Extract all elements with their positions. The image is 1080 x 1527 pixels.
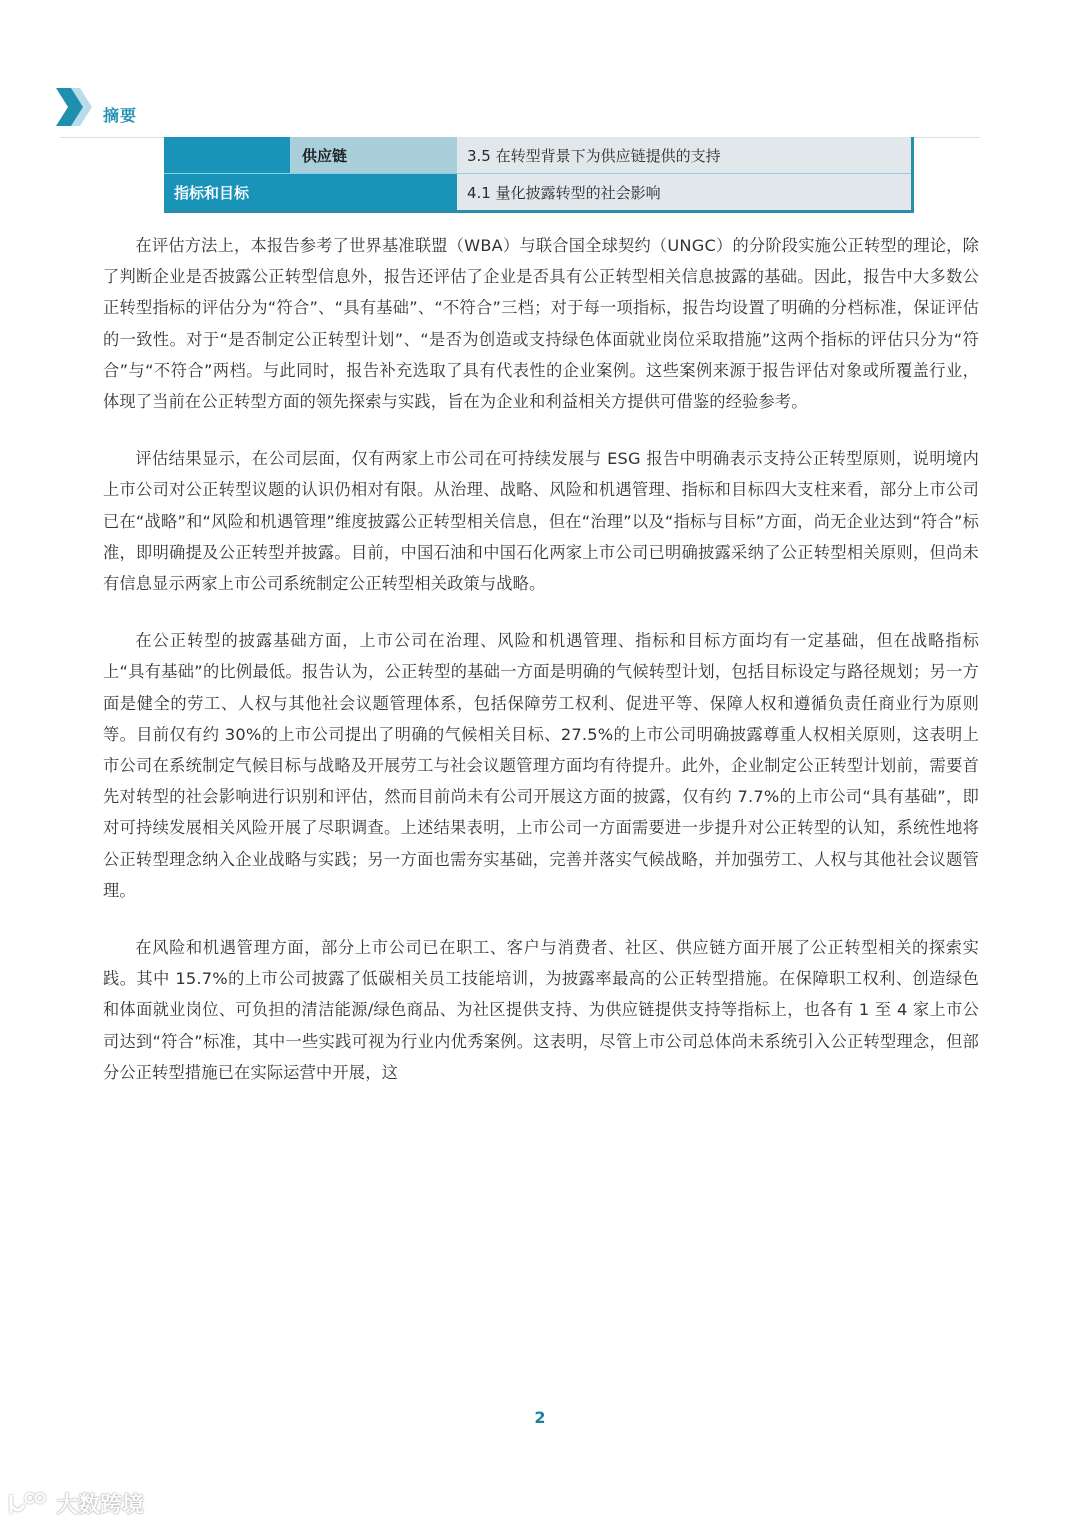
- table-cell-subcategory: 供应链: [290, 137, 457, 173]
- table-row: 指标和目标 4.1 量化披露转型的社会影响: [164, 173, 911, 210]
- watermark: 大数跨境: [8, 1488, 144, 1519]
- page-number: 2: [534, 1408, 545, 1427]
- framework-table: 供应链 3.5 在转型背景下为供应链提供的支持 指标和目标 4.1 量化披露转型…: [164, 137, 914, 213]
- table-cell-item: 3.5 在转型背景下为供应链提供的支持: [457, 137, 911, 173]
- watermark-text: 大数跨境: [56, 1488, 144, 1519]
- table-cell-item: 4.1 量化披露转型的社会影响: [457, 174, 911, 210]
- section-header: 摘要: [56, 88, 980, 128]
- section-title: 摘要: [103, 103, 137, 126]
- body-text: 在评估方法上，本报告参考了世界基准联盟（WBA）与联合国全球契约（UNGC）的分…: [103, 230, 979, 1114]
- chevron-right-icon: [56, 88, 92, 126]
- table-cell-pillar: [164, 137, 290, 173]
- paragraph-risk-management: 在风险和机遇管理方面，部分上市公司已在职工、客户与消费者、社区、供应链方面开展了…: [103, 932, 979, 1088]
- table-cell-pillar: 指标和目标: [164, 174, 457, 210]
- paragraph-results: 评估结果显示，在公司层面，仅有两家上市公司在可持续发展与 ESG 报告中明确表示…: [103, 443, 979, 599]
- brand-logo-icon: [8, 1491, 48, 1517]
- paragraph-methodology: 在评估方法上，本报告参考了世界基准联盟（WBA）与联合国全球契约（UNGC）的分…: [103, 230, 979, 417]
- paragraph-disclosure-basis: 在公正转型的披露基础方面，上市公司在治理、风险和机遇管理、指标和目标方面均有一定…: [103, 625, 979, 906]
- table-row: 供应链 3.5 在转型背景下为供应链提供的支持: [164, 137, 911, 173]
